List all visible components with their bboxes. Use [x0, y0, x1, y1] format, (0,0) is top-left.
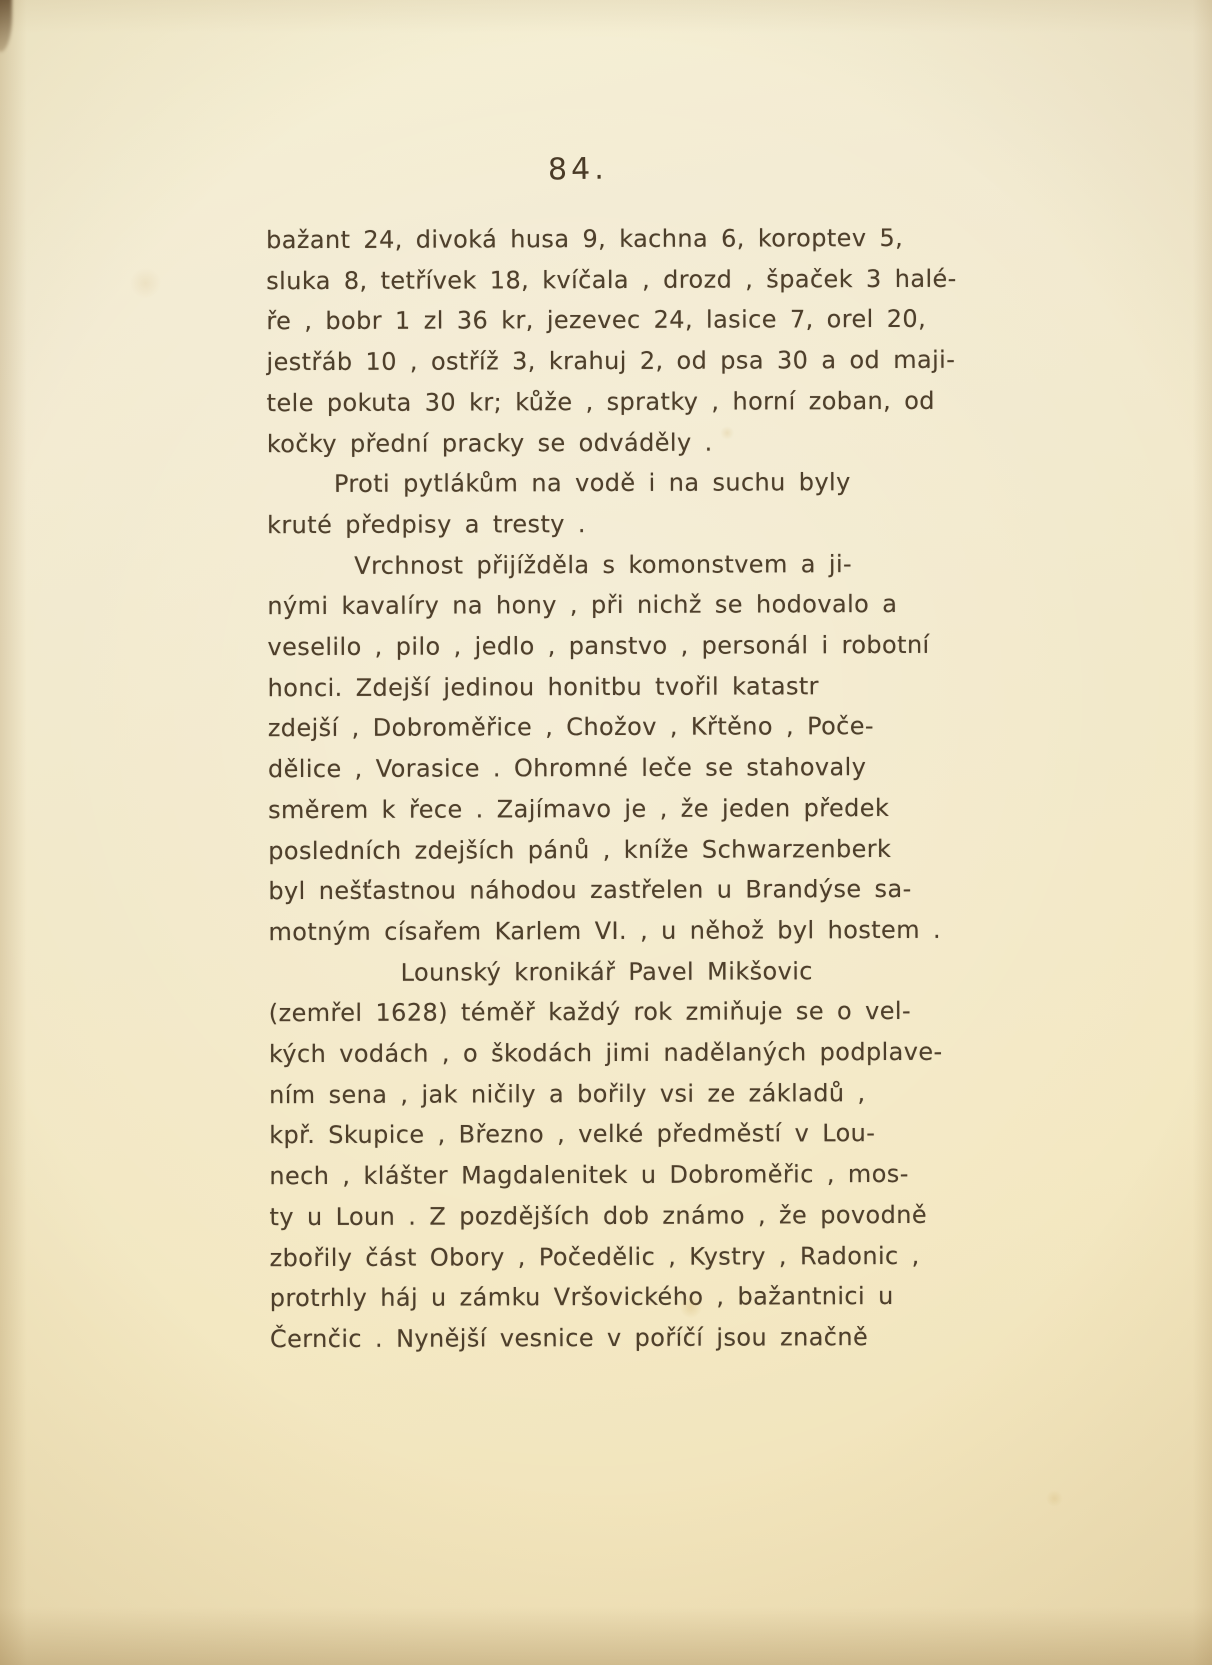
- handwritten-line: zdejší , Dobroměřice , Chožov , Křtěno ,…: [268, 706, 928, 749]
- scanned-manuscript-page: 84. bažant 24, divoká husa 9, kachna 6, …: [0, 0, 1212, 1665]
- handwritten-line: jestřáb 10 , ostříž 3, krahuj 2, od psa …: [266, 340, 926, 383]
- handwritten-line: veselilo , pilo , jedlo , panstvo , pers…: [267, 625, 927, 668]
- handwritten-line: ty u Loun . Z pozdějších dob známo , že …: [269, 1195, 929, 1238]
- handwritten-line: nými kavalíry na hony , při nichž se hod…: [267, 584, 927, 627]
- handwritten-line: kpř. Skupice , Březno , velké předměstí …: [269, 1113, 929, 1156]
- handwritten-line: honci. Zdejší jedinou honitbu tvořil kat…: [268, 666, 928, 709]
- handwritten-line: zbořily část Obory , Počedělic , Kystry …: [270, 1235, 930, 1278]
- handwritten-line: (zemřel 1628) téměř každý rok zmiňuje se…: [269, 991, 929, 1034]
- scan-corner-shadow: [0, 0, 12, 52]
- page-number: 84.: [548, 151, 608, 187]
- handwritten-line: nech , klášter Magdalenitek u Dobroměřic…: [269, 1154, 929, 1197]
- handwritten-line: směrem k řece . Zajímavo je , že jeden p…: [268, 788, 928, 831]
- handwritten-line: kočky přední pracky se odváděly .: [267, 421, 927, 464]
- handwritten-line: tele pokuta 30 kr; kůže , spratky , horn…: [267, 381, 927, 424]
- handwritten-line: Vrchnost přijížděla s komonstvem a ji-: [267, 543, 927, 586]
- handwritten-line: sluka 8, tetřívek 18, kvíčala , drozd , …: [266, 259, 926, 302]
- handwritten-line: bažant 24, divoká husa 9, kachna 6, koro…: [266, 218, 926, 261]
- handwritten-line: posledních zdejších pánů , kníže Schwarz…: [268, 828, 928, 871]
- handwritten-line: Černčic . Nynější vesnice v poříčí jsou …: [270, 1317, 930, 1360]
- handwritten-line: protrhly háj u zámku Vršovického , bažan…: [270, 1276, 930, 1319]
- handwritten-line: dělice , Vorasice . Ohromné leče se stah…: [268, 747, 928, 790]
- handwritten-line: Lounský kronikář Pavel Mikšovic: [269, 951, 929, 994]
- handwriting-block: bažant 24, divoká husa 9, kachna 6, koro…: [266, 218, 930, 1360]
- handwritten-line: ním sena , jak ničily a bořily vsi ze zá…: [269, 1073, 929, 1116]
- handwritten-line: Proti pytlákům na vodě i na suchu byly: [267, 462, 927, 505]
- handwritten-line: ře , bobr 1 zl 36 kr, jezevec 24, lasice…: [266, 299, 926, 342]
- handwritten-line: kruté předpisy a tresty .: [267, 503, 927, 546]
- handwritten-line: kých vodách , o škodách jimi nadělaných …: [269, 1032, 929, 1075]
- handwritten-line: byl nešťastnou náhodou zastřelen u Brand…: [268, 869, 928, 912]
- handwritten-line: motným císařem Karlem VI. , u něhož byl …: [268, 910, 928, 953]
